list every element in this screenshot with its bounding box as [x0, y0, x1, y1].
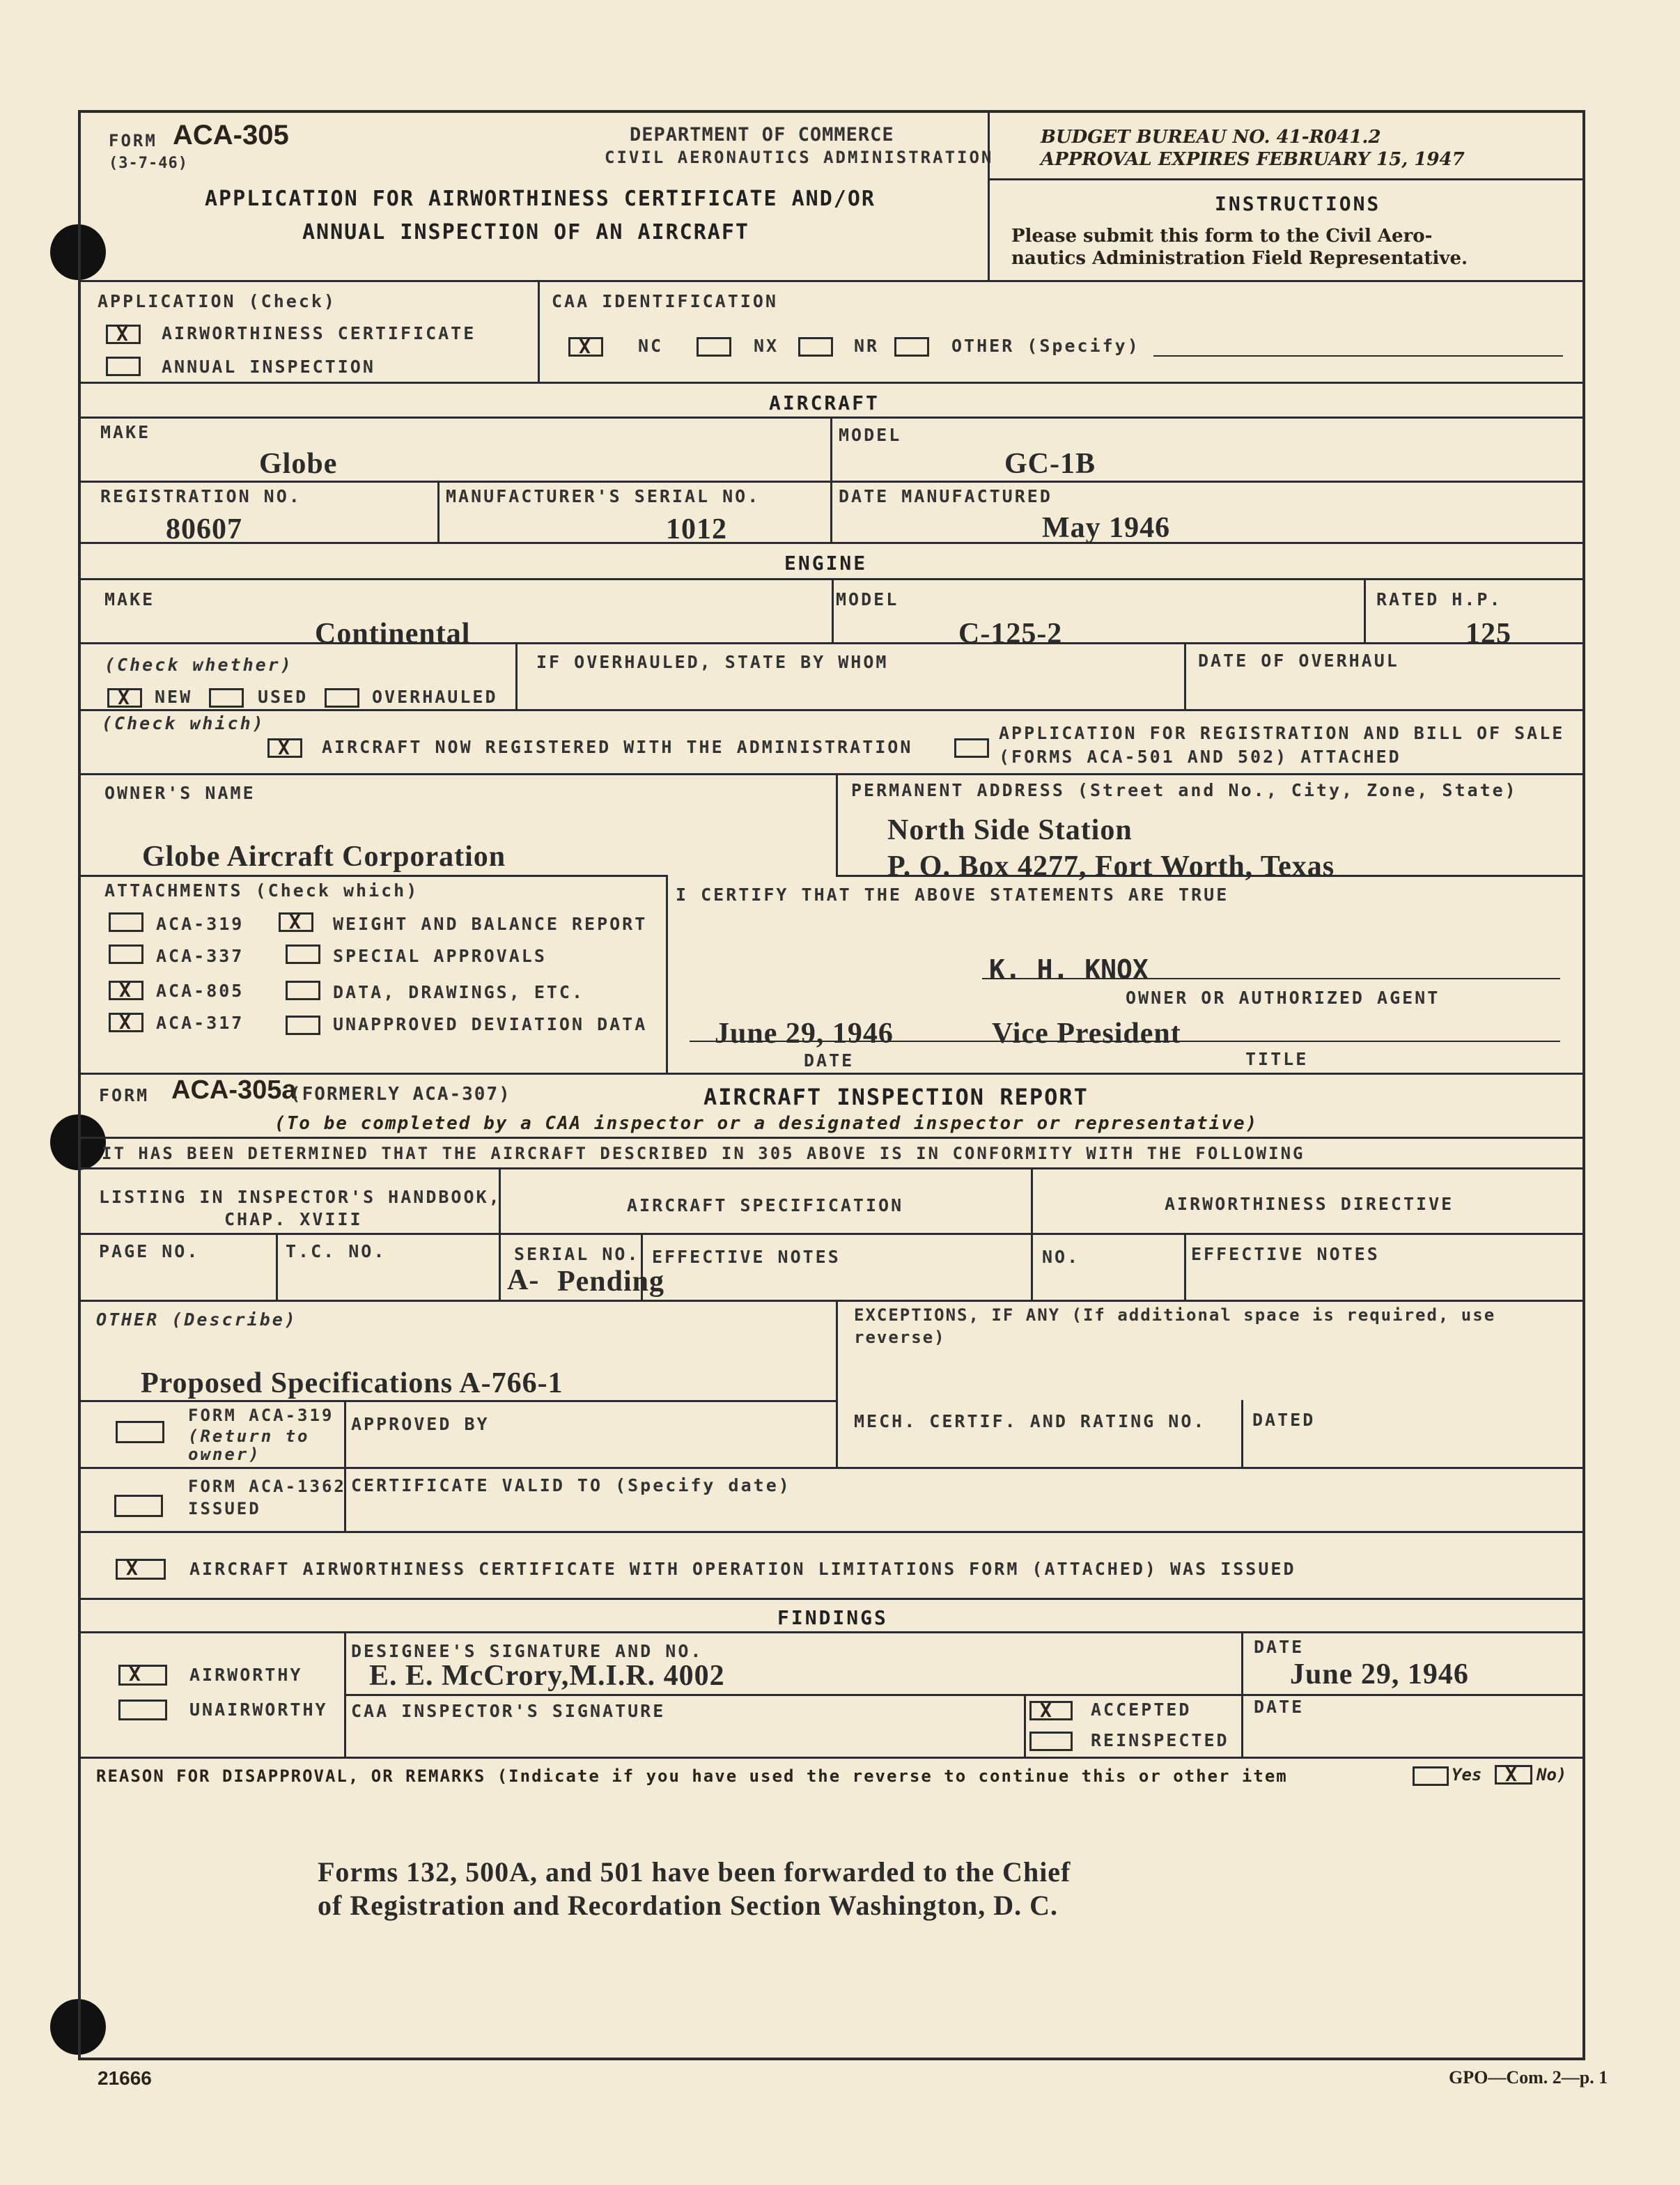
- check-which-label: (Check which): [102, 713, 265, 733]
- nr-checkbox[interactable]: [798, 337, 833, 357]
- inspection-report-title: AIRCRAFT INSPECTION REPORT: [703, 1084, 1089, 1110]
- certification-title-value[interactable]: Vice President: [992, 1017, 1181, 1050]
- page-no-label: PAGE NO.: [99, 1241, 199, 1261]
- ad-no-label: NO.: [1042, 1247, 1080, 1267]
- footer-right-code: GPO—Com. 2—p. 1: [1449, 2067, 1608, 2088]
- engine-model-value[interactable]: C-125-2: [958, 617, 1062, 651]
- airworthy-checkbox[interactable]: [118, 1665, 167, 1686]
- overhauled-by-label: IF OVERHAULED, STATE BY WHOM: [536, 652, 888, 672]
- address-line1[interactable]: North Side Station: [887, 814, 1133, 847]
- attach-data-drawings-checkbox[interactable]: [286, 981, 320, 1000]
- caa-inspector-signature-label: CAA INSPECTOR'S SIGNATURE: [351, 1701, 665, 1721]
- serial-label: MANUFACTURER'S SERIAL NO.: [446, 486, 760, 506]
- engine-overhauled-checkbox[interactable]: [325, 688, 359, 708]
- attach-unapproved-deviation-checkbox[interactable]: [286, 1016, 320, 1035]
- nc-label: NC: [638, 336, 663, 356]
- form-number: ACA-305: [173, 120, 289, 151]
- remarks-no-label: No): [1537, 1765, 1566, 1784]
- caa-identification-label: CAA IDENTIFICATION: [552, 291, 778, 311]
- form-title-line2: ANNUAL INSPECTION OF AN AIRCRAFT: [302, 220, 749, 244]
- signer-value[interactable]: K. H. KNOX: [989, 954, 1149, 985]
- registration-value[interactable]: 80607: [166, 513, 242, 546]
- exceptions-label-2: reverse): [854, 1328, 946, 1347]
- instructions-line2: nautics Administration Field Representat…: [1011, 248, 1468, 269]
- attach-data-drawings-label: DATA, DRAWINGS, ETC.: [333, 982, 584, 1002]
- other-describe-value[interactable]: Proposed Specifications A-766-1: [141, 1367, 563, 1400]
- rated-hp-value[interactable]: 125: [1465, 617, 1511, 651]
- other-checkbox[interactable]: [894, 337, 929, 357]
- inspection-report-subtitle: (To be completed by a CAA inspector or a…: [274, 1113, 1258, 1134]
- aircraft-specification-label: AIRCRAFT SPECIFICATION: [627, 1195, 903, 1215]
- other-specify-line[interactable]: [1153, 355, 1563, 357]
- attach-aca-337-label: ACA-337: [156, 946, 244, 966]
- certificate-issued-label: AIRCRAFT AIRWORTHINESS CERTIFICATE WITH …: [189, 1559, 1296, 1579]
- budget-bureau: BUDGET BUREAU NO. 41-R041.2: [1041, 127, 1381, 148]
- tc-no-label: T.C. NO.: [286, 1241, 386, 1261]
- other-describe-label: OTHER (Describe): [96, 1309, 297, 1330]
- department: DEPARTMENT OF COMMERCE: [630, 124, 894, 146]
- owner-name-label: OWNER'S NAME: [104, 783, 256, 803]
- designee-signature-label: DESIGNEE'S SIGNATURE AND NO.: [351, 1641, 703, 1661]
- remarks-yes-label: Yes: [1452, 1765, 1481, 1784]
- engine-new-checkbox[interactable]: [107, 688, 142, 708]
- engine-new-label: NEW: [155, 687, 192, 707]
- nx-label: NX: [754, 336, 779, 356]
- aircraft-model-label: MODEL: [839, 425, 901, 445]
- permanent-address-label: PERMANENT ADDRESS (Street and No., City,…: [851, 780, 1518, 800]
- reinspected-label: REINSPECTED: [1091, 1730, 1229, 1750]
- signer-label: OWNER OR AUTHORIZED AGENT: [1126, 988, 1440, 1008]
- formerly-label: (FORMERLY ACA-307): [290, 1084, 511, 1105]
- remarks-text-line2[interactable]: of Registration and Recordation Section …: [318, 1889, 1058, 1922]
- annual-inspection-checkbox[interactable]: [106, 357, 141, 376]
- aircraft-make-label: MAKE: [100, 422, 150, 442]
- attach-aca-317-checkbox[interactable]: [109, 1013, 143, 1032]
- attach-aca-805-label: ACA-805: [156, 981, 244, 1001]
- designee-signature-value[interactable]: E. E. McCrory,M.I.R. 4002: [369, 1659, 725, 1693]
- aircraft-model-value[interactable]: GC-1B: [1004, 447, 1096, 481]
- form-title-line1: APPLICATION FOR AIRWORTHINESS CERTIFICAT…: [205, 187, 876, 211]
- attach-aca-805-checkbox[interactable]: [109, 981, 143, 1000]
- date-manufactured-label: DATE MANUFACTURED: [839, 486, 1052, 506]
- instructions-title: INSTRUCTIONS: [1215, 192, 1380, 215]
- rated-hp-label: RATED H.P.: [1376, 589, 1502, 609]
- form-date: (3-7-46): [109, 155, 188, 172]
- aircraft-section-title: AIRCRAFT: [769, 391, 880, 414]
- inspection-form-label: FORM: [99, 1085, 149, 1105]
- findings-section-title: FINDINGS: [777, 1606, 888, 1629]
- nr-label: NR: [854, 336, 879, 356]
- form-aca-1362-label-2: ISSUED: [188, 1499, 261, 1518]
- engine-used-checkbox[interactable]: [209, 688, 244, 708]
- certification-date-value[interactable]: June 29, 1946: [715, 1017, 894, 1050]
- attach-aca-319-label: ACA-319: [156, 914, 244, 934]
- remarks-no-checkbox[interactable]: [1495, 1765, 1532, 1784]
- mech-certif-label: MECH. CERTIF. AND RATING NO.: [854, 1411, 1206, 1431]
- engine-make-value[interactable]: Continental: [315, 617, 470, 651]
- footer-left-code: 21666: [98, 2067, 152, 2090]
- application-registration-checkbox[interactable]: [954, 738, 989, 758]
- serial-no-label: SERIAL NO.: [514, 1244, 640, 1264]
- attach-weight-balance-checkbox[interactable]: [279, 912, 313, 932]
- airworthiness-certificate-label: AIRWORTHINESS CERTIFICATE: [162, 323, 476, 343]
- form-label: FORM: [109, 131, 157, 150]
- owner-name-value[interactable]: Globe Aircraft Corporation: [142, 840, 506, 873]
- form-aca-319-label-1: FORM ACA-319: [188, 1406, 334, 1425]
- conformity-statement: IT HAS BEEN DETERMINED THAT THE AIRCRAFT…: [102, 1144, 1305, 1163]
- form-aca-1362-checkbox[interactable]: [114, 1495, 163, 1517]
- form-page: FORM ACA-305 (3-7-46) DEPARTMENT OF COMM…: [0, 0, 1680, 2185]
- registered-checkbox[interactable]: [267, 738, 302, 758]
- application-registration-label-1: APPLICATION FOR REGISTRATION AND BILL OF…: [999, 723, 1564, 743]
- engine-used-label: USED: [258, 687, 308, 707]
- form-aca-319-label-2: (Return to: [188, 1426, 310, 1446]
- date-manufactured-value[interactable]: May 1946: [1042, 511, 1170, 545]
- dated-label: DATED: [1252, 1410, 1315, 1430]
- unairworthy-label: UNAIRWORTHY: [189, 1700, 328, 1720]
- other-label: OTHER (Specify): [951, 336, 1140, 356]
- findings-date-value[interactable]: June 29, 1946: [1290, 1658, 1469, 1691]
- approval-expires: APPROVAL EXPIRES FEBRUARY 15, 1947: [1041, 149, 1465, 170]
- attach-weight-balance-label: WEIGHT AND BALANCE REPORT: [333, 914, 647, 934]
- certificate-valid-to-label: CERTIFICATE VALID TO (Specify date): [351, 1475, 791, 1495]
- engine-make-label: MAKE: [104, 589, 155, 609]
- registration-label: REGISTRATION NO.: [100, 486, 302, 506]
- check-whether-label: (Check whether): [104, 655, 293, 675]
- annual-inspection-label: ANNUAL INSPECTION: [162, 357, 375, 377]
- certificate-issued-checkbox[interactable]: [116, 1559, 166, 1580]
- spec-effective-notes-label: EFFECTIVE NOTES: [652, 1247, 841, 1267]
- ad-effective-notes-label: EFFECTIVE NOTES: [1191, 1244, 1380, 1264]
- form-aca-1362-label-1: FORM ACA-1362: [188, 1477, 346, 1496]
- engine-overhauled-label: OVERHAULED: [372, 687, 498, 707]
- attach-special-approvals-label: SPECIAL APPROVALS: [333, 946, 547, 966]
- nx-checkbox[interactable]: [697, 337, 731, 357]
- inspection-form-number: ACA-305a: [171, 1075, 297, 1105]
- spec-effective-notes-value[interactable]: Pending: [557, 1265, 664, 1298]
- instructions-line1: Please submit this form to the Civil Aer…: [1011, 226, 1432, 247]
- airworthy-label: AIRWORTHY: [189, 1665, 302, 1685]
- accepted-checkbox[interactable]: [1029, 1701, 1073, 1720]
- remarks-text-line1[interactable]: Forms 132, 500A, and 501 have been forwa…: [318, 1856, 1071, 1888]
- remarks-yes-checkbox[interactable]: [1413, 1766, 1449, 1786]
- certify-statement: I CERTIFY THAT THE ABOVE STATEMENTS ARE …: [676, 885, 1229, 905]
- attach-special-approvals-checkbox[interactable]: [286, 944, 320, 964]
- certification-date-label: DATE: [804, 1050, 854, 1071]
- attach-aca-337-checkbox[interactable]: [109, 944, 143, 964]
- exceptions-label-1: EXCEPTIONS, IF ANY (If additional space …: [854, 1305, 1495, 1325]
- aircraft-make-value[interactable]: Globe: [259, 447, 337, 481]
- serial-value[interactable]: 1012: [666, 513, 727, 546]
- listing-label-2: CHAP. XVIII: [224, 1209, 363, 1229]
- certification-title-label: TITLE: [1245, 1049, 1308, 1069]
- application-registration-label-2: (FORMS ACA-501 AND 502) ATTACHED: [999, 747, 1401, 767]
- airworthiness-certificate-checkbox[interactable]: [106, 325, 141, 344]
- unairworthy-checkbox[interactable]: [118, 1700, 167, 1720]
- form-aca-319-checkbox[interactable]: [116, 1421, 164, 1443]
- findings-date2-label: DATE: [1254, 1697, 1304, 1717]
- findings-date-label: DATE: [1254, 1637, 1304, 1657]
- attach-unapproved-deviation-label: UNAPPROVED DEVIATION DATA: [333, 1014, 647, 1034]
- nc-checkbox[interactable]: [568, 337, 603, 357]
- reinspected-checkbox[interactable]: [1029, 1732, 1073, 1751]
- form-aca-319-label-3: owner): [188, 1445, 261, 1464]
- attachments-label: ATTACHMENTS (Check which): [104, 880, 419, 901]
- serial-no-value[interactable]: A-: [507, 1263, 539, 1297]
- administration: CIVIL AERONAUTICS ADMINISTRATION: [605, 148, 993, 167]
- application-label: APPLICATION (Check): [98, 291, 336, 311]
- attach-aca-317-label: ACA-317: [156, 1013, 244, 1033]
- accepted-label: ACCEPTED: [1091, 1700, 1191, 1720]
- approved-by-label: APPROVED BY: [351, 1414, 490, 1434]
- airworthiness-directive-label: AIRWORTHINESS DIRECTIVE: [1165, 1194, 1454, 1214]
- engine-model-label: MODEL: [836, 589, 899, 609]
- remarks-label: REASON FOR DISAPPROVAL, OR REMARKS (Indi…: [96, 1766, 1288, 1786]
- attach-aca-319-checkbox[interactable]: [109, 912, 143, 932]
- listing-label-1: LISTING IN INSPECTOR'S HANDBOOK,: [99, 1187, 501, 1207]
- registered-label: AIRCRAFT NOW REGISTERED WITH THE ADMINIS…: [322, 737, 912, 757]
- overhaul-date-label: DATE OF OVERHAUL: [1198, 651, 1399, 671]
- address-line2[interactable]: P. O. Box 4277, Fort Worth, Texas: [887, 850, 1335, 883]
- engine-section-title: ENGINE: [784, 552, 867, 575]
